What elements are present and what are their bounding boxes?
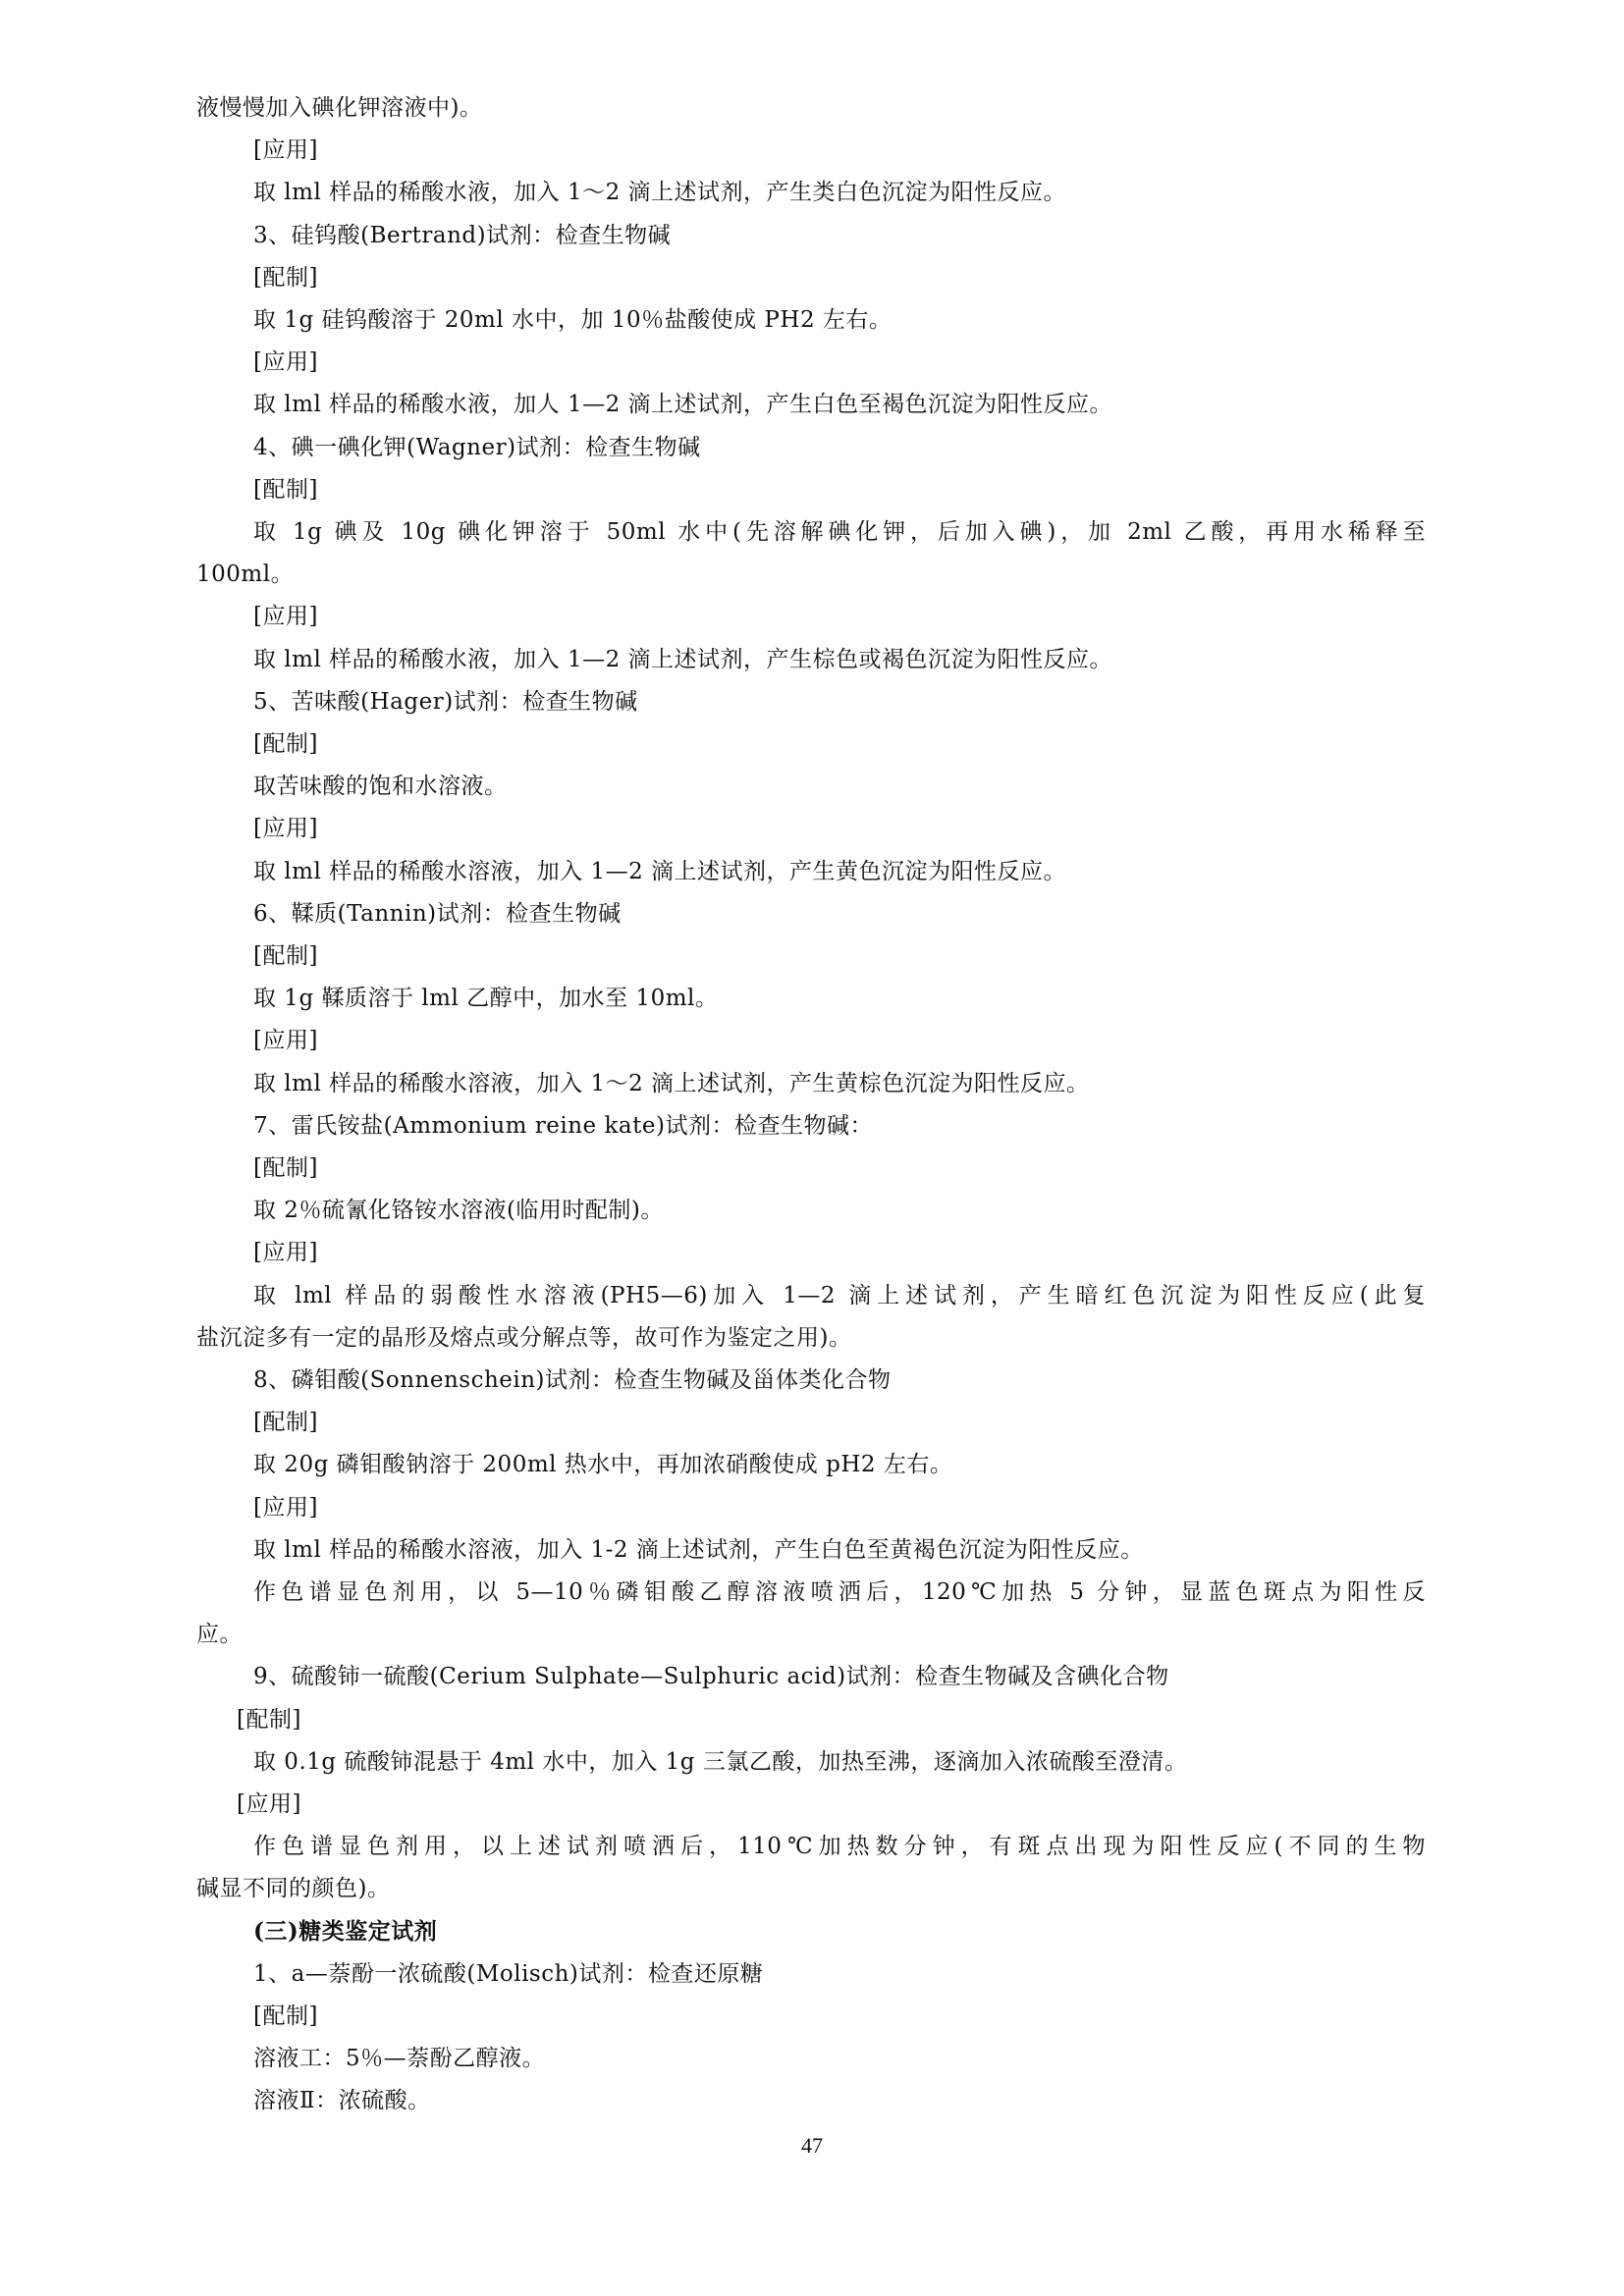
page-number: 47 (0, 2132, 1624, 2160)
reagent-title: 1、a—萘酚一浓硫酸(Molisch)试剂：检查还原糖 (253, 1960, 763, 1990)
reagent-title: 7、雷氏铵盐(Ammonium reine kate)试剂：检查生物碱： (253, 1112, 873, 1142)
reagent-title: 4、碘一碘化钾(Wagner)试剂：检查生物碱 (253, 434, 701, 463)
body-text-line: 取 1g 鞣质溶于 lml 乙醇中，加水至 10ml。 (253, 985, 718, 1014)
body-text-line: 取 2％硫氰化铬铵水溶液(临用时配制)。 (253, 1197, 664, 1226)
subsection-label: [应用] (253, 1027, 318, 1056)
body-text-line: 取 lml 样品的稀酸水液，加入 1—2 滴上述试剂，产生棕色或褐色沉淀为阳性反… (253, 646, 1112, 675)
body-text-line: 取 lml 样品的稀酸水液，加人 1—2 滴上述试剂，产生白色至褐色沉淀为阳性反… (253, 391, 1112, 420)
subsection-label: [配制] (253, 264, 318, 294)
section-heading: (三)糖类鉴定试剂 (253, 1918, 437, 1948)
body-text-line: 100ml。 (196, 561, 294, 590)
reagent-title: 8、磷钼酸(Sonnenschein)试剂：检查生物碱及甾体类化合物 (253, 1366, 892, 1396)
subsection-label: [配制] (237, 1706, 301, 1735)
subsection-label: [应用] (253, 603, 318, 632)
body-text-line: 盐沉淀多有一定的晶形及熔点或分解点等，故可作为鉴定之用)。 (196, 1324, 851, 1354)
reagent-title: 6、鞣质(Tannin)试剂：检查生物碱 (253, 900, 622, 930)
subsection-label: [配制] (253, 1409, 318, 1438)
body-text-line: 取 lml 样品的稀酸水溶液，加入 1—2 滴上述试剂，产生黄色沉淀为阳性反应。 (253, 858, 1066, 887)
subsection-label: [配制] (253, 476, 318, 506)
reagent-title: 3、硅钨酸(Bertrand)试剂：检查生物碱 (253, 222, 671, 251)
body-text-line: 取 1g 碘及 10g 碘化钾溶于 50ml 水中(先溶解碘化钾，后加入碘)，加… (253, 518, 1426, 548)
body-text-line: 取 0.1g 硫酸铈混悬于 4ml 水中，加入 1g 三氯乙酸，加热至沸，逐滴加… (253, 1748, 1187, 1778)
body-text-line: 取 20g 磷钼酸钠溶于 200ml 热水中，再加浓硝酸使成 pH2 左右。 (253, 1451, 952, 1480)
body-text-line: 取 1g 硅钨酸溶于 20ml 水中，加 10％盐酸使成 PH2 左右。 (253, 306, 892, 336)
reagent-title: 9、硫酸铈一硫酸(Cerium Sulphate—Sulphuric acid)… (253, 1663, 1169, 1692)
body-text-line: 作色谱显色剂用，以上述试剂喷洒后，110℃加热数分钟，有斑点出现为阳性反应(不同… (253, 1833, 1426, 1862)
subsection-label: [配制] (253, 942, 318, 972)
subsection-label: [应用] (253, 815, 318, 844)
body-text-line: 取 lml 样品的稀酸水溶液，加入 1-2 滴上述试剂，产生白色至黄褐色沉淀为阳… (253, 1536, 1144, 1566)
body-text-line: 液慢慢加入碘化钾溶液中)。 (196, 94, 482, 124)
body-text-line: 溶液Ⅱ：浓硫酸。 (253, 2087, 431, 2116)
body-text-line: 取 lml 样品的稀酸水液，加入 1～2 滴上述试剂，产生类白色沉淀为阳性反应。 (253, 179, 1066, 208)
body-text-line: 取 lml 样品的弱酸性水溶液(PH5—6)加入 1—2 滴上述试剂，产生暗红色… (253, 1282, 1426, 1311)
document-page: 液慢慢加入碘化钾溶液中)。[应用]取 lml 样品的稀酸水液，加入 1～2 滴上… (0, 0, 1624, 2296)
subsection-label: [配制] (253, 730, 318, 760)
subsection-label: [应用] (253, 348, 318, 378)
body-text-line: 应。 (196, 1621, 243, 1650)
body-text-line: 取苦味酸的饱和水溶液。 (253, 773, 508, 802)
subsection-label: [应用] (253, 136, 318, 166)
subsection-label: [应用] (237, 1790, 301, 1820)
reagent-title: 5、苦味酸(Hager)试剂：检查生物碱 (253, 688, 638, 718)
subsection-label: [应用] (253, 1494, 318, 1523)
body-text-line: 碱显不同的颜色)。 (196, 1875, 390, 1904)
body-text-line: 溶液工：5％—萘酚乙醇液。 (253, 2045, 545, 2074)
subsection-label: [应用] (253, 1239, 318, 1268)
body-text-line: 作色谱显色剂用，以 5—10％磷钼酸乙醇溶液喷洒后，120℃加热 5 分钟，显蓝… (253, 1578, 1426, 1608)
subsection-label: [配制] (253, 2002, 318, 2032)
subsection-label: [配制] (253, 1154, 318, 1184)
body-text-line: 取 lml 样品的稀酸水溶液，加入 1～2 滴上述试剂，产生黄棕色沉淀为阳性反应… (253, 1070, 1090, 1099)
